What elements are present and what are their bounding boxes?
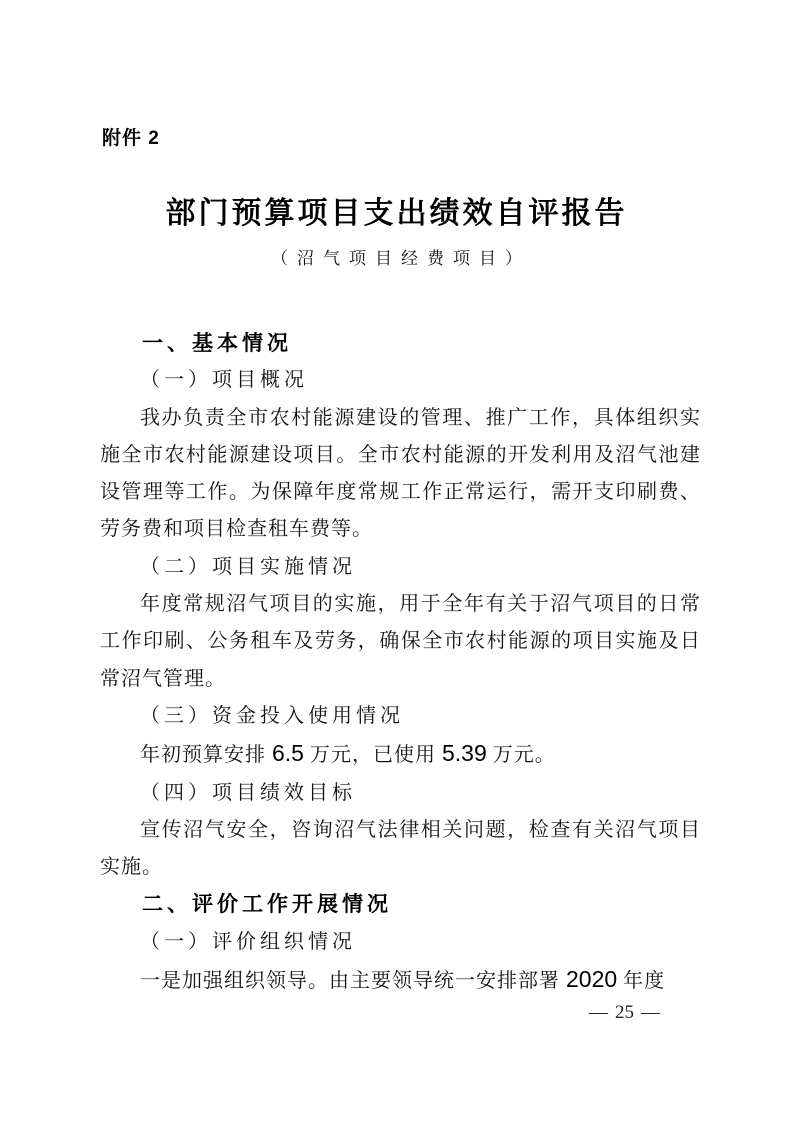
text-run: 万元，已使用 bbox=[304, 744, 442, 766]
attachment-label: 附件 2 bbox=[102, 126, 160, 152]
paragraph-project-implementation: 年度常规沼气项目的实施，用于全年有关于沼气项目的日常工作印刷、公务租车及劳务，确… bbox=[100, 586, 701, 698]
text-run: 年初预算安排 bbox=[140, 744, 272, 766]
report-subtitle: （沼气项目经费项目） bbox=[0, 246, 793, 272]
page-number-value: 25 bbox=[615, 1002, 634, 1023]
page-number-dash-right: — bbox=[634, 1002, 667, 1023]
text-run: 年度 bbox=[617, 970, 665, 992]
section-1-heading: 一、基本情况 bbox=[100, 325, 701, 362]
year-value: 2020 bbox=[566, 966, 617, 992]
paragraph-funding-usage: 年初预算安排 6.5 万元，已使用 5.39 万元。 bbox=[100, 735, 701, 774]
page-number: —25— bbox=[582, 1000, 667, 1026]
text-run: 万元。 bbox=[487, 744, 556, 766]
paragraph-evaluation-organization: 一是加强组织领导。由主要领导统一安排部署 2020 年度 bbox=[100, 961, 701, 1000]
page-number-dash-left: — bbox=[582, 1002, 615, 1023]
report-title: 部门预算项目支出绩效自评报告 bbox=[0, 194, 793, 234]
subsection-heading-funding-usage: （三）资金投入使用情况 bbox=[100, 698, 701, 735]
subsection-heading-performance-goals: （四）项目绩效目标 bbox=[100, 775, 701, 812]
document-body: 一、基本情况 （一）项目概况 我办负责全市农村能源建设的管理、推广工作，具体组织… bbox=[100, 325, 701, 1000]
subsection-heading-evaluation-organization: （一）评价组织情况 bbox=[100, 924, 701, 961]
paragraph-performance-goals: 宣传沼气安全，咨询沼气法律相关问题，检查有关沼气项目实施。 bbox=[100, 812, 701, 887]
section-2-heading: 二、评价工作开展情况 bbox=[100, 886, 701, 923]
document-page: 附件 2 部门预算项目支出绩效自评报告 （沼气项目经费项目） 一、基本情况 （一… bbox=[0, 0, 793, 1122]
subsection-heading-project-implementation: （二）项目实施情况 bbox=[100, 549, 701, 586]
paragraph-project-overview: 我办负责全市农村能源建设的管理、推广工作，具体组织实施全市农村能源建设项目。全市… bbox=[100, 400, 701, 549]
subsection-heading-project-overview: （一）项目概况 bbox=[100, 362, 701, 399]
budget-arranged-amount: 6.5 bbox=[272, 740, 304, 766]
text-run: 一是加强组织领导。由主要领导统一安排部署 bbox=[140, 970, 566, 992]
budget-used-amount: 5.39 bbox=[442, 740, 487, 766]
